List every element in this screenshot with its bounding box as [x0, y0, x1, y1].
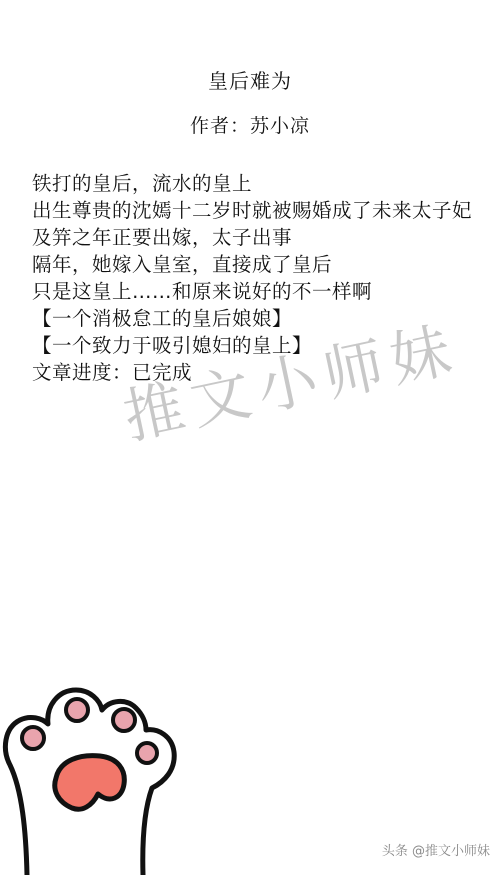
synopsis-line: 铁打的皇后，流水的皇上: [32, 170, 492, 197]
author-line: 作者：苏小凉: [0, 113, 500, 139]
synopsis-line: 只是这皇上……和原来说好的不一样啊: [32, 278, 492, 305]
synopsis-line: 隔年，她嫁入皇室，直接成了皇后: [32, 251, 492, 278]
synopsis-line: 及笄之年正要出嫁，太子出事: [32, 224, 492, 251]
source-watermark: 头条 @推文小师妹: [382, 840, 490, 859]
book-title: 皇后难为: [0, 68, 500, 94]
cat-paw-icon: [0, 660, 200, 875]
synopsis-line: 出生尊贵的沈嫣十二岁时就被赐婚成了未来太子妃: [32, 197, 492, 224]
